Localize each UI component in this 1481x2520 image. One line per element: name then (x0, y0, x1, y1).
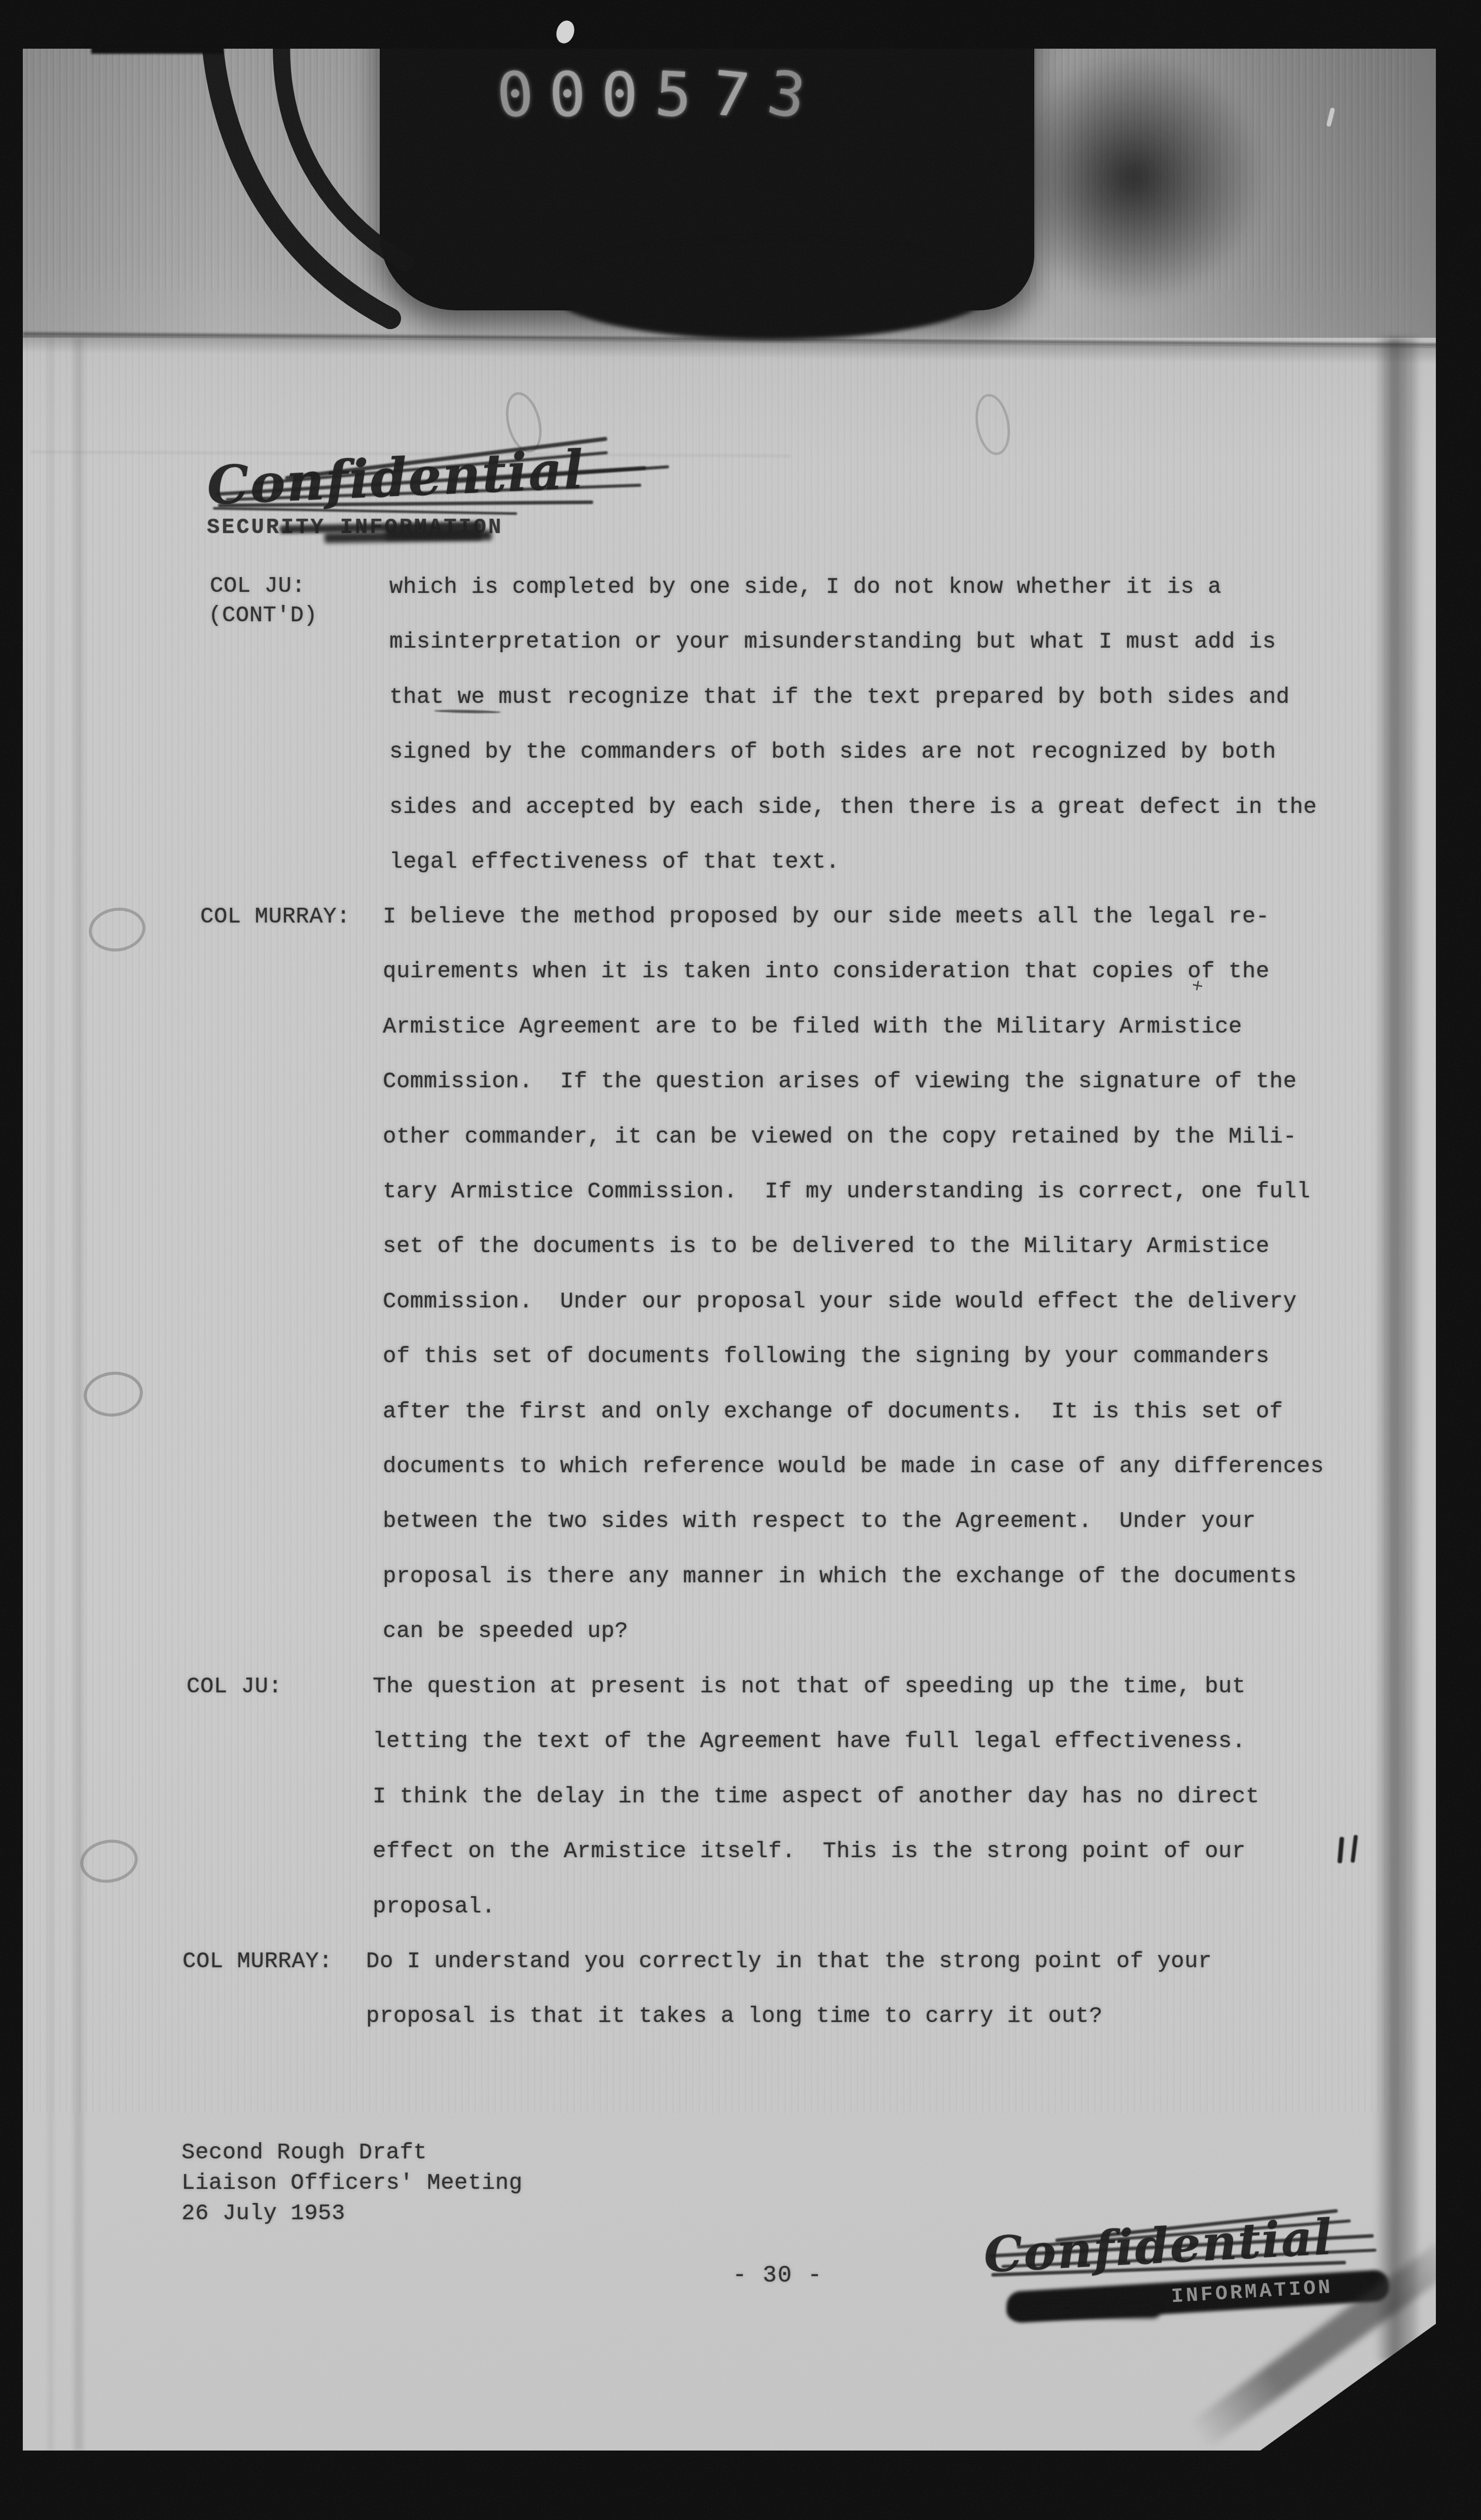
device-shadow (1001, 51, 1265, 304)
page-number: - 30 - (733, 2260, 823, 2291)
speaker-label: COL MURRAY: (200, 902, 350, 932)
counter-digit: 0 (548, 64, 587, 126)
speaker-label: COL MURRAY: (183, 1946, 333, 1977)
counter-digit: 3 (764, 62, 809, 128)
film-frame-bottom (0, 2451, 1481, 2520)
paper-right-edge-shadow (1375, 338, 1418, 2361)
footer-date: 26 July 1953 (182, 2198, 345, 2229)
speech-col-ju-1: which is completed by one side, I do not… (389, 560, 1353, 890)
speech-col-murray-1: I believe the method proposed by our sid… (383, 890, 1346, 1659)
counter-device-bottom (548, 238, 994, 340)
film-frame-top (0, 0, 1481, 49)
device-cables-icon (152, 45, 456, 349)
scan-streak (49, 338, 53, 2451)
scanned-document-page: 0 0 0 5 7 3 Confidential SECURITY INFORM… (0, 0, 1481, 2520)
footer-draft-title: Second Rough Draft (182, 2138, 427, 2168)
speaker-label: COL JU: (210, 571, 305, 601)
speech-col-murray-2: Do I understand you correctly in that th… (366, 1934, 1329, 2044)
speaker-continuation-label: (CONT'D) (208, 600, 317, 631)
counter-digit: 7 (709, 63, 752, 128)
blacked-out-stamp-tail (1008, 2305, 1160, 2318)
speaker-label: COL JU: (187, 1672, 282, 1702)
counter-digit: 0 (495, 64, 535, 127)
footer-meeting-name: Liaison Officers' Meeting (182, 2168, 523, 2198)
film-frame-left (0, 0, 23, 2520)
speech-col-ju-2: The question at present is not that of s… (373, 1659, 1336, 1934)
counter-readout: 0 0 0 5 7 3 (497, 65, 862, 131)
scan-streak (74, 338, 83, 2451)
counter-digit: 0 (601, 65, 638, 126)
counter-digit: 5 (654, 64, 693, 127)
film-frame-right (1436, 0, 1481, 2520)
film-frame-ragged-edge (91, 47, 223, 54)
stamp-strike (385, 526, 482, 540)
